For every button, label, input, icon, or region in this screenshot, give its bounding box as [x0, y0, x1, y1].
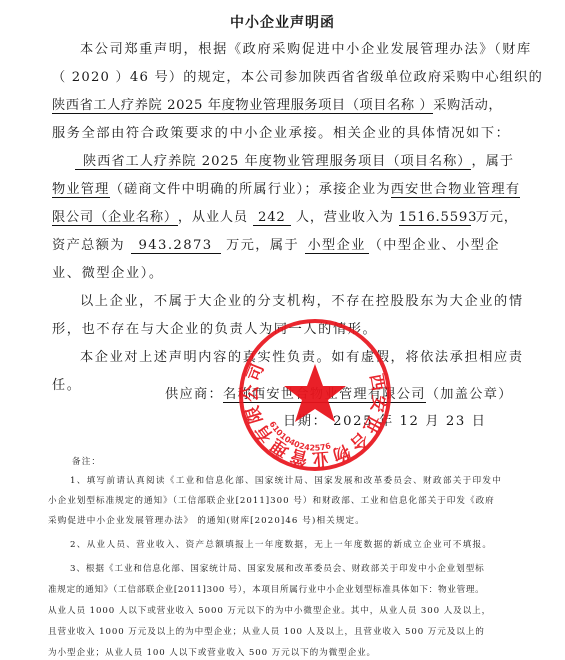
enterprise-size-field: 小型企业 — [305, 238, 369, 254]
project-name-field: 陕西省工人疗养院 2025 年度物业管理服务项目（项目名称） — [75, 154, 471, 170]
note1-line3: 采购促进中小企业发展管理办法》 的通知(财库[2020]46 号)相关规定。 — [48, 514, 365, 526]
p2-line4: 资产总额为 943.2873 万元，属于 小型企业（中型企业、小型企 — [52, 234, 500, 254]
industry-field: 物业管理 — [52, 182, 110, 198]
company-seal-stamp: 西安世合物业管理有限公司 6101040242576 — [236, 316, 394, 474]
note3-line1: 3、根据《工业和信息化部、国家统计局、国家发展和改革委员会、财政部关于印发中小企… — [70, 562, 485, 574]
p1-line4: 服务全部由符合政策要求的中小企业承接。相关企业的具体情况如下： — [52, 122, 510, 141]
project-name-underlined: 陕西省工人疗养院 2025 年度物业管理服务项目（项目名称 ） — [52, 98, 433, 114]
p2-line3: 限公司（企业名称），从业人员 242 人，营业收入为 1516.5593 万元， — [52, 206, 518, 226]
document-title: 中小企业声明函 — [0, 12, 565, 32]
assets-unit: 万元，属于 — [226, 238, 299, 253]
p2-line5: 业、微型企业）。 — [52, 262, 164, 281]
industry-note: （磋商文件中明确的所属行业）；承接企业为 — [110, 182, 391, 197]
star-icon — [284, 364, 346, 422]
p2-line1: 陕西省工人疗养院 2025 年度物业管理服务项目（项目名称），属于 — [75, 150, 514, 170]
p1-line2: （ 2020 ）46 号）的规定，本公司参加陕西省省级单位政府采购中心组织的 — [52, 66, 543, 85]
notes-heading: 备注： — [72, 455, 101, 467]
note3-line2: 准规定的通知》（工信部联企业[2011]300 号），本项目所属行业中小企业划型… — [48, 583, 484, 595]
p1-line3-tail: 采购活动， — [433, 98, 502, 113]
assets-label: 资产总额为 — [52, 238, 125, 253]
company-name-field-part2: 限公司（企业名称） — [52, 210, 178, 226]
seal-note: （加盖公章） — [426, 387, 513, 402]
revenue-field: 1516.5593 — [399, 210, 471, 226]
note3-line5: 为小型企业；从业人员 100 人以下或营业收入 500 万元以下的为微型企业。 — [48, 646, 376, 658]
month-unit: 月 — [425, 414, 440, 429]
note2: 2、从业人员、营业收入、资产总额填报上一年度数据，无上一年度数据的新成立企业可不… — [70, 538, 492, 550]
p2-line2: 物业管理（磋商文件中明确的所属行业）；承接企业为西安世合物业管理有 — [52, 178, 520, 198]
size-options: （中型企业、小型企 — [369, 238, 500, 253]
note1-line1: 1、填写前请认真阅读《工业和信息化部、国家统计局、国家发展和改革委员会、财政部关… — [70, 474, 502, 486]
note1-line2: 小企业划型标准规定的通知》（工信部联企业[2011]300 号）和财政部、工业和… — [48, 494, 495, 506]
company-name-field-part1: 西安世合物业管理有 — [391, 182, 521, 198]
supplier-label: 供应商： — [165, 387, 223, 402]
p4-line2: 任。 — [52, 374, 82, 393]
assets-field: 943.2873 — [131, 238, 221, 254]
belongs-label: ，属于 — [471, 154, 514, 169]
p1-line1: 本公司郑重声明，根据《政府采购促进中小企业发展管理办法》（财库 — [80, 38, 532, 57]
date-day: 23 — [446, 414, 466, 429]
p3-line1: 以上企业，不属于大企业的分支机构，不存在控股股东为大企业的情 — [80, 290, 524, 309]
day-unit: 日 — [472, 414, 487, 429]
employees-label: ，从业人员 — [178, 210, 248, 225]
note3-line3: 从业人员 1000 人以下或营业收入 5000 万元以下的为中小微型企业。其中，… — [48, 604, 491, 616]
employees-field: 242 — [253, 210, 291, 226]
revenue-label: 人，营业收入为 — [296, 210, 394, 225]
note3-line4: 且营业收入 1000 万元及以上的为中型企业；从业人员 100 人及以上，且营业… — [48, 625, 485, 637]
revenue-unit: 万元， — [476, 210, 518, 225]
p1-line3: 陕西省工人疗养院 2025 年度物业管理服务项目（项目名称 ）采购活动， — [52, 94, 502, 114]
date-month: 12 — [400, 414, 420, 429]
